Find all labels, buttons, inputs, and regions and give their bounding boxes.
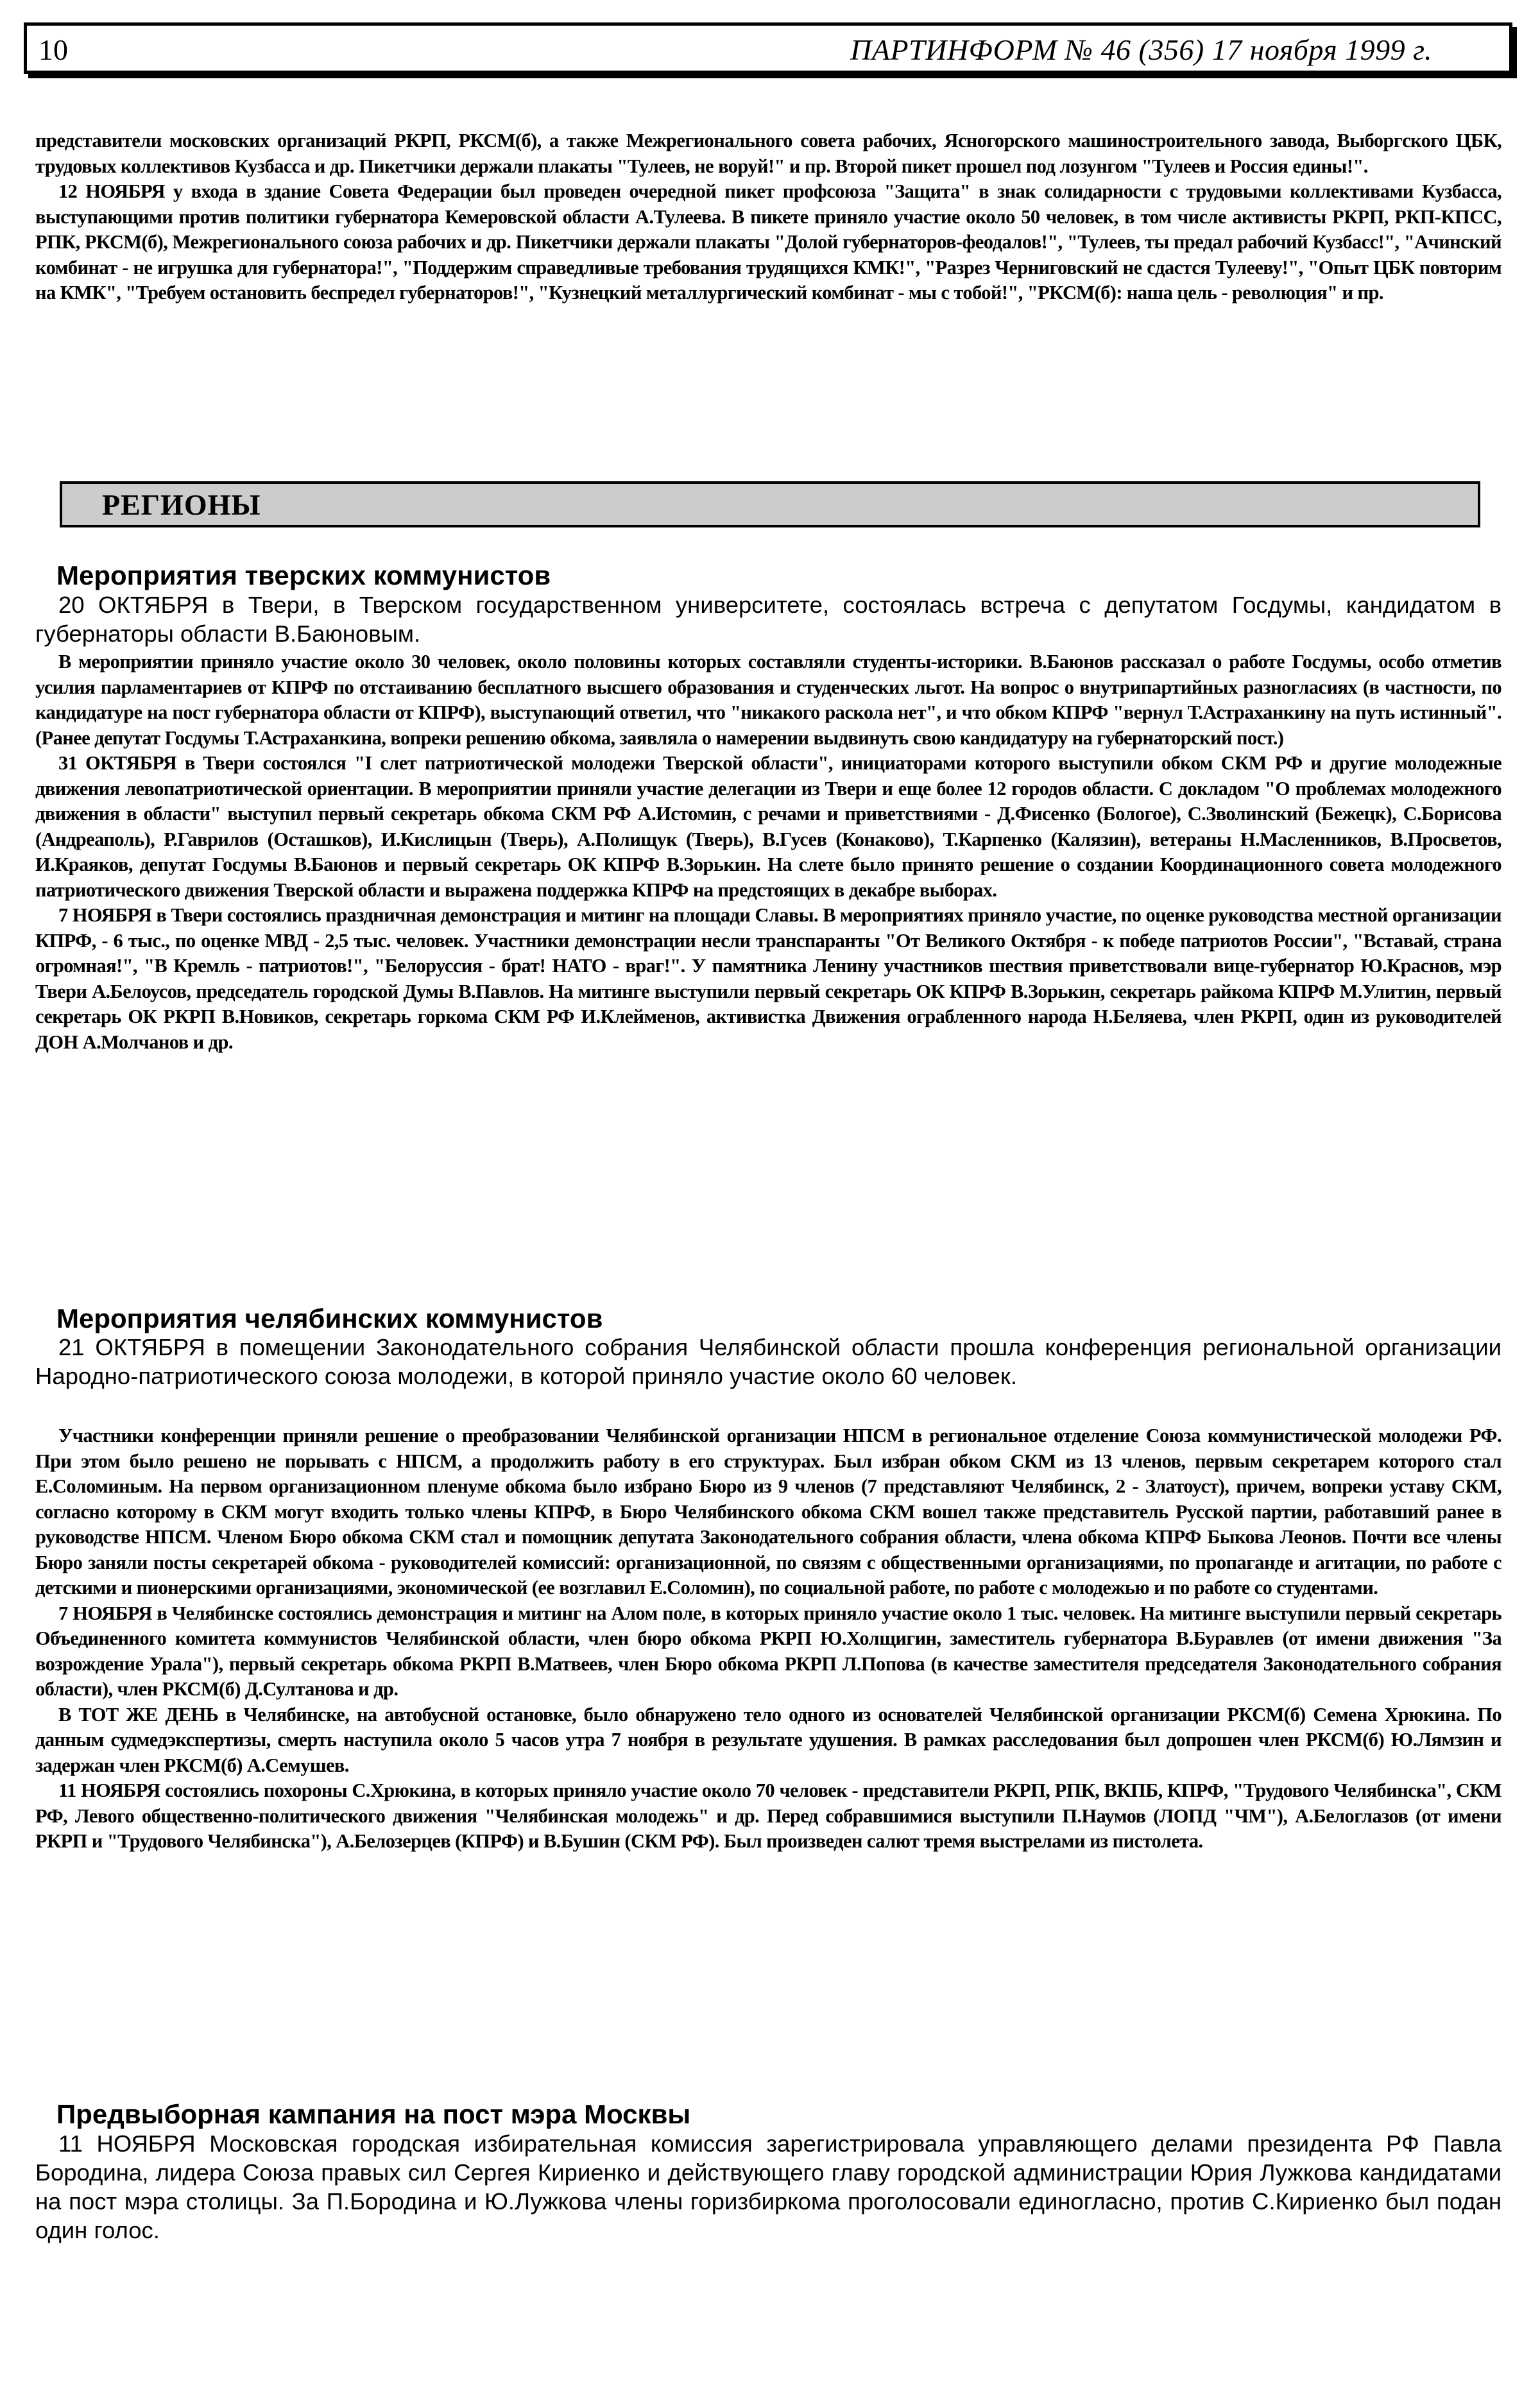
article-heading: Мероприятия тверских коммунистов [56,560,551,592]
article-heading: Мероприятия челябинских коммунистов [56,1303,603,1335]
intro-paragraph: представители московских организаций РКР… [35,128,1502,179]
article-paragraph: Участники конференции приняли решение о … [35,1423,1502,1601]
article-body: Участники конференции приняли решение о … [35,1423,1502,1855]
article-paragraph: В ТОТ ЖЕ ДЕНЬ в Челябинске, на автобусно… [35,1702,1502,1779]
article-paragraph: 7 НОЯБРЯ в Твери состоялись праздничная … [35,903,1502,1055]
section-banner: РЕГИОНЫ [60,481,1480,527]
article-heading: Предвыборная кампания на пост мэра Москв… [56,2098,690,2130]
page-number: 10 [38,32,68,68]
article-paragraph: 7 НОЯБРЯ в Челябинске состоялись демонст… [35,1601,1502,1702]
article-lead: 20 ОКТЯБРЯ в Твери, в Тверском государст… [35,590,1502,648]
article-paragraph: 31 ОКТЯБРЯ в Твери состоялся "I слет пат… [35,751,1502,903]
issue-title: ПАРТИНФОРМ № 46 (356) 17 ноября 1999 г. [850,32,1432,68]
section-title: РЕГИОНЫ [102,489,261,521]
intro-paragraph: 12 НОЯБРЯ у входа в здание Совета Федера… [35,179,1502,306]
article-paragraph: 11 НОЯБРЯ состоялись похороны С.Хрюкина,… [35,1778,1502,1855]
article-paragraph: В мероприятии приняло участие около 30 ч… [35,649,1502,751]
article-lead: 21 ОКТЯБРЯ в помещении Законодательного … [35,1333,1502,1391]
article-body: В мероприятии приняло участие около 30 ч… [35,649,1502,1055]
page-header: 10 ПАРТИНФОРМ № 46 (356) 17 ноября 1999 … [24,22,1512,74]
article-lead: 11 НОЯБРЯ Московская городская избирател… [35,2129,1502,2245]
intro-text: представители московских организаций РКР… [35,128,1502,306]
